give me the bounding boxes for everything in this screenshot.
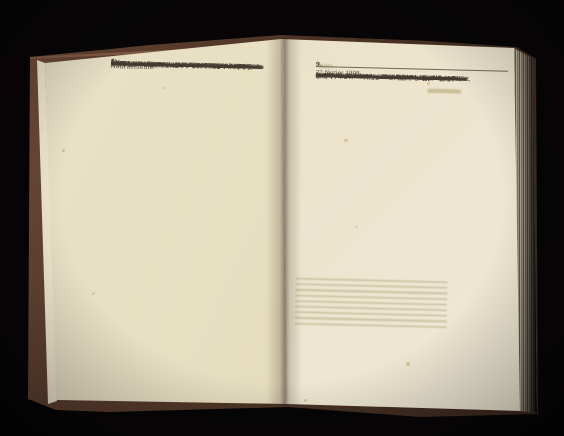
photo-stage: IV. 8. Neurasthénie. Par ces temps de gi…: [0, 0, 564, 436]
foxing-spot: [355, 225, 358, 228]
foxing-spot: [344, 139, 348, 142]
foxing-spot: [162, 87, 165, 89]
foxing-spot: [62, 149, 65, 152]
showthrough-text-block: [295, 278, 448, 330]
foxing-spot: [406, 362, 410, 366]
showthrough-chapter-mark: [318, 64, 333, 68]
showthrough-title-mark: [427, 89, 461, 94]
foxing-spot: [304, 399, 307, 402]
foxing-spot: [92, 292, 95, 295]
foxing-spot: [427, 82, 430, 85]
gutter-shadow: [266, 38, 302, 406]
